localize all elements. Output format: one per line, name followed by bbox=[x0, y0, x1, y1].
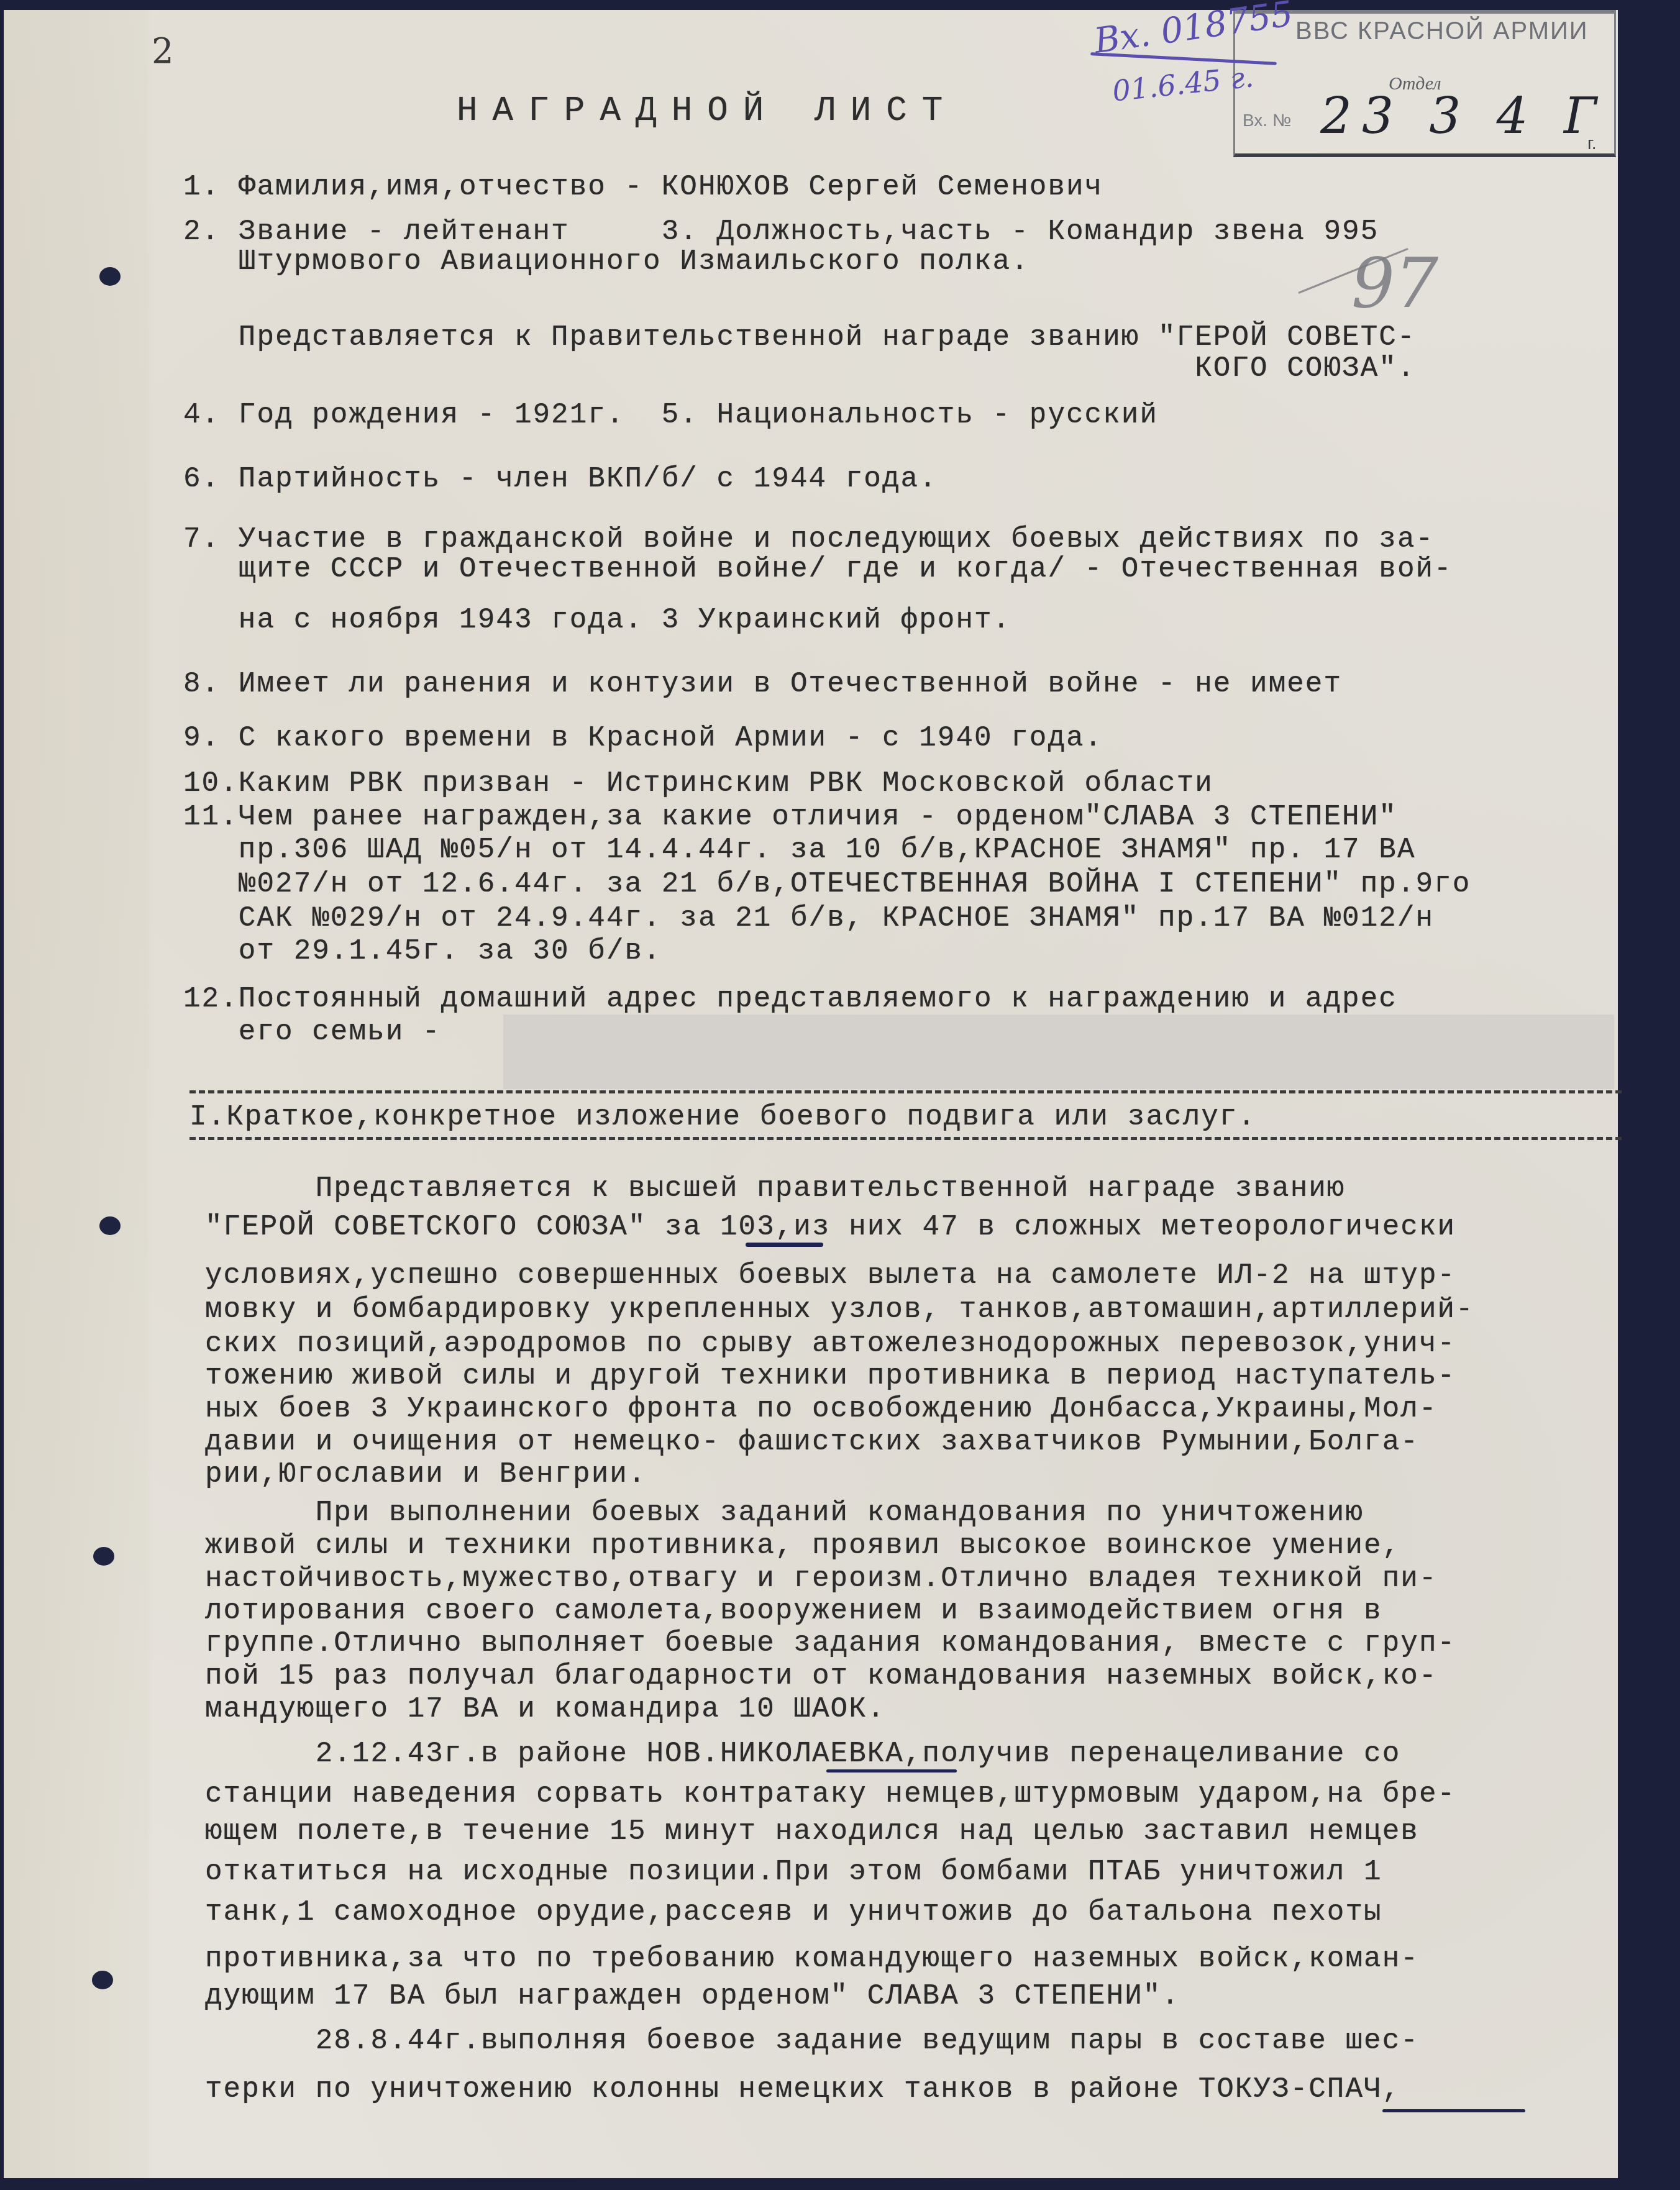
narrative-line: мовку и бомбардировку укрепленных узлов,… bbox=[205, 1295, 1474, 1324]
narrative-line: "ГЕРОЙ СОВЕТСКОГО СОЮЗА" за 103,из них 4… bbox=[205, 1213, 1456, 1241]
stamp-number: 23 3 4 Г bbox=[1320, 87, 1607, 145]
scan-background bbox=[1618, 10, 1680, 2178]
field-line: 8. Имеет ли ранения и контузии в Отечест… bbox=[183, 670, 1342, 698]
narrative-line: ских позиций,аэродромов по срыву автожел… bbox=[205, 1330, 1456, 1358]
field-line: щите СССР и Отечественной войне/ где и к… bbox=[183, 555, 1453, 583]
field-line: Представляется к Правительственной награ… bbox=[183, 323, 1416, 352]
narrative-line: танк,1 самоходное орудие,рассеяв и уничт… bbox=[205, 1898, 1382, 1927]
narrative-line: группе.Отлично выполняет боевые задания … bbox=[205, 1629, 1456, 1658]
narrative-line: ных боев 3 Украинского фронта по освобож… bbox=[205, 1395, 1438, 1423]
narrative-line: рии,Югославии и Венгрии. bbox=[205, 1460, 647, 1489]
punch-hole bbox=[93, 1547, 114, 1566]
field-line: 1. Фамилия,имя,отчество - КОНЮХОВ Сергей… bbox=[183, 173, 1103, 201]
stamp-suffix: г. bbox=[1587, 134, 1597, 153]
field-line: 4. Год рождения - 1921г. 5. Национальнос… bbox=[183, 401, 1158, 429]
narrative-line: мандующего 17 ВА и командира 10 ШАОК. bbox=[205, 1695, 885, 1723]
punch-hole bbox=[99, 267, 121, 286]
field-line: Штурмового Авиационного Измаильского пол… bbox=[183, 247, 1029, 276]
stamp-org: ВВС КРАСНОЙ АРМИИ bbox=[1295, 17, 1589, 45]
stamp-vh-label: Вх. № bbox=[1243, 111, 1291, 130]
narrative-line: Представляется к высшей правительственно… bbox=[205, 1174, 1345, 1203]
ink-underline bbox=[1382, 2109, 1525, 2112]
narrative-line: ющем полете,в течение 15 минут находился… bbox=[205, 1817, 1419, 1846]
field-line: 6. Партийность - член ВКП/б/ с 1944 года… bbox=[183, 465, 938, 493]
narrative-line: станции наведения сорвать контратаку нем… bbox=[205, 1780, 1456, 1809]
narrative-line: настойчивость,мужество,отвагу и героизм.… bbox=[205, 1564, 1438, 1593]
field-line: 11.Чем ранее награжден,за какие отличия … bbox=[183, 803, 1397, 831]
narrative-line: давии и очищения от немецко- фашистских … bbox=[205, 1428, 1419, 1456]
field-line: 2. Звание - лейтенант 3. Должность,часть… bbox=[183, 217, 1379, 246]
narrative-line: тожению живой силы и другой техники прот… bbox=[205, 1362, 1456, 1390]
pencil-mark: 97 bbox=[1351, 244, 1438, 323]
ink-underline bbox=[826, 1769, 957, 1773]
narrative-line: лотирования своего самолета,вооружением … bbox=[205, 1597, 1382, 1625]
field-line: 10.Каким РВК призван - Истринским РВК Мо… bbox=[183, 769, 1213, 798]
field-line: пр.306 ШАД №05/н от 14.4.44г. за 10 б/в,… bbox=[183, 836, 1416, 864]
narrative-line: условиях,успешно совершенных боевых выле… bbox=[205, 1261, 1456, 1290]
page-number: 2 bbox=[152, 31, 174, 71]
field-line: КОГО СОЮЗА". bbox=[183, 354, 1416, 383]
divider bbox=[189, 1090, 1622, 1093]
field-line: от 29.1.45г. за 30 б/в. bbox=[183, 937, 662, 965]
document-title: НАГРАДНОЙ ЛИСТ bbox=[457, 93, 957, 128]
redacted-address bbox=[503, 1015, 1614, 1089]
narrative-line: живой силы и техники противника, проявил… bbox=[205, 1531, 1400, 1560]
field-line: 7. Участие в гражданской войне и последу… bbox=[183, 525, 1434, 554]
field-line: 9. С какого времени в Красной Армии - с … bbox=[183, 724, 1103, 752]
field-line: его семьи - bbox=[183, 1018, 441, 1046]
field-line: САК №029/н от 24.9.44г. за 21 б/в, КРАСН… bbox=[183, 904, 1434, 933]
field-line: на с ноября 1943 года. 3 Украинский фрон… bbox=[183, 606, 1011, 634]
narrative-line: При выполнении боевых заданий командован… bbox=[205, 1499, 1364, 1527]
narrative-line: 28.8.44г.выполняя боевое задание ведущим… bbox=[205, 2027, 1419, 2055]
punch-hole bbox=[99, 1216, 121, 1235]
section-heading: I.Краткое,конкретное изложение боевого п… bbox=[189, 1103, 1256, 1131]
narrative-line: противника,за что по требованию командую… bbox=[205, 1945, 1419, 1973]
narrative-line: 2.12.43г.в районе НОВ.НИКОЛАЕВКА,получив… bbox=[205, 1740, 1400, 1768]
narrative-line: пой 15 раз получал благодарности от кома… bbox=[205, 1662, 1438, 1690]
punch-hole bbox=[92, 1971, 113, 1989]
field-line: 12.Постоянный домашний адрес представляе… bbox=[183, 985, 1397, 1013]
divider bbox=[189, 1137, 1622, 1140]
ink-underline bbox=[746, 1243, 823, 1247]
narrative-line: откатиться на исходные позиции.При этом … bbox=[205, 1858, 1382, 1886]
narrative-line: терки по уничтожению колонны немецких та… bbox=[205, 2075, 1400, 2104]
narrative-line: дующим 17 ВА был награжден орденом" СЛАВ… bbox=[205, 1982, 1180, 2010]
field-line: №027/н от 12.6.44г. за 21 б/в,ОТЕЧЕСТВЕН… bbox=[183, 870, 1471, 898]
